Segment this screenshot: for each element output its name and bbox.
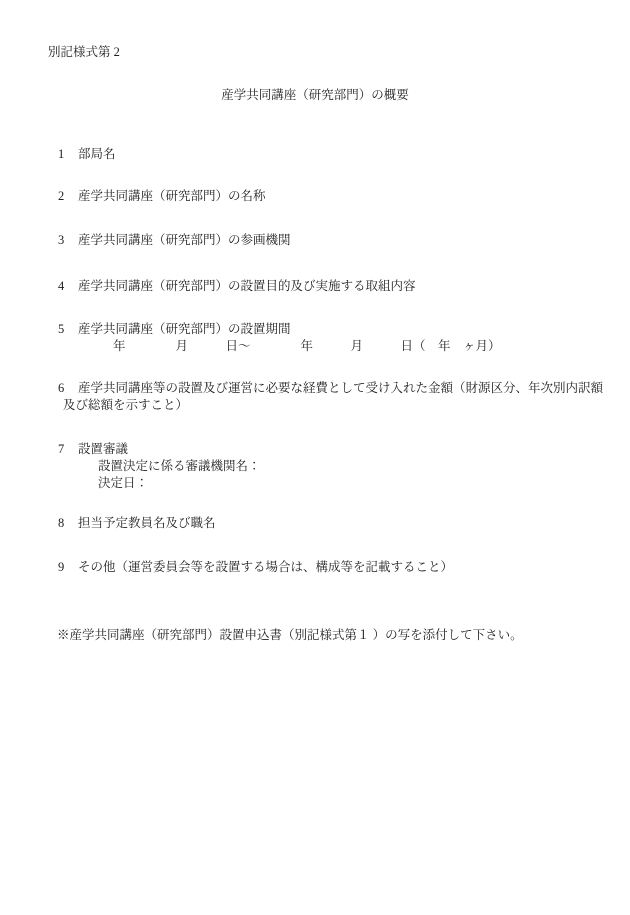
- item-text: 担当予定教員名及び職名: [78, 516, 216, 530]
- attachment-footnote: ※産学共同講座（研究部門）設置申込書（別記様式第１ ）の写を添付して下さい。: [57, 627, 523, 644]
- form-number-label: 別記様式第 2: [48, 44, 120, 61]
- item-heading-line: 6産学共同講座等の設置及び運営に必要な経費として受け入れた金額（財源区分、年次別…: [58, 380, 603, 397]
- item-number: 3: [58, 232, 78, 249]
- item-text: 産学共同講座（研究部門）の参画機関: [78, 233, 291, 247]
- item-heading-line: 5産学共同講座（研究部門）の設置期間: [58, 321, 501, 338]
- item-number: 1: [58, 146, 78, 163]
- item-7-establishment-deliberation: 7設置審議 設置決定に係る審議機関名： 決定日：: [58, 441, 261, 492]
- period-fill-in-line: 年 月 日～ 年 月 日（ 年 ヶ月）: [113, 338, 501, 355]
- item-number: 9: [58, 559, 78, 576]
- item-number: 8: [58, 515, 78, 532]
- item-number: 6: [58, 380, 78, 397]
- item-text: 産学共同講座（研究部門）の名称: [78, 189, 266, 203]
- item-3-participating-institutions: 3産学共同講座（研究部門）の参画機関: [58, 232, 291, 249]
- item-9-other: 9その他（運営委員会等を設置する場合は、構成等を記載すること）: [58, 559, 453, 576]
- item-number: 4: [58, 278, 78, 295]
- item-8-responsible-faculty: 8担当予定教員名及び職名: [58, 515, 216, 532]
- item-text: 産学共同講座（研究部門）の設置目的及び実施する取組内容: [78, 279, 416, 293]
- item-text-continuation: 及び総額を示すこと）: [63, 397, 603, 414]
- item-text: 産学共同講座等の設置及び運営に必要な経費として受け入れた金額（財源区分、年次別内…: [78, 381, 603, 395]
- page-title: 産学共同講座（研究部門）の概要: [0, 87, 630, 104]
- item-6-funds-received: 6産学共同講座等の設置及び運営に必要な経費として受け入れた金額（財源区分、年次別…: [58, 380, 603, 414]
- item-text: 設置審議: [78, 442, 128, 456]
- item-1-bureau-name: 1部局名: [58, 146, 116, 163]
- item-2-course-name: 2産学共同講座（研究部門）の名称: [58, 188, 266, 205]
- document-page: 別記様式第 2 産学共同講座（研究部門）の概要 1部局名 2産学共同講座（研究部…: [0, 0, 630, 915]
- item-text: 部局名: [78, 147, 116, 161]
- item-text: その他（運営委員会等を設置する場合は、構成等を記載すること）: [78, 560, 453, 574]
- decision-date-field: 決定日：: [98, 475, 261, 492]
- item-number: 7: [58, 441, 78, 458]
- item-number: 5: [58, 321, 78, 338]
- item-number: 2: [58, 188, 78, 205]
- item-text: 産学共同講座（研究部門）の設置期間: [78, 322, 291, 336]
- item-5-establishment-period: 5産学共同講座（研究部門）の設置期間 年 月 日～ 年 月 日（ 年 ヶ月）: [58, 321, 501, 355]
- deliberation-body-field: 設置決定に係る審議機関名：: [98, 458, 261, 475]
- item-heading-line: 7設置審議: [58, 441, 261, 458]
- item-4-purpose-and-activities: 4産学共同講座（研究部門）の設置目的及び実施する取組内容: [58, 278, 416, 295]
